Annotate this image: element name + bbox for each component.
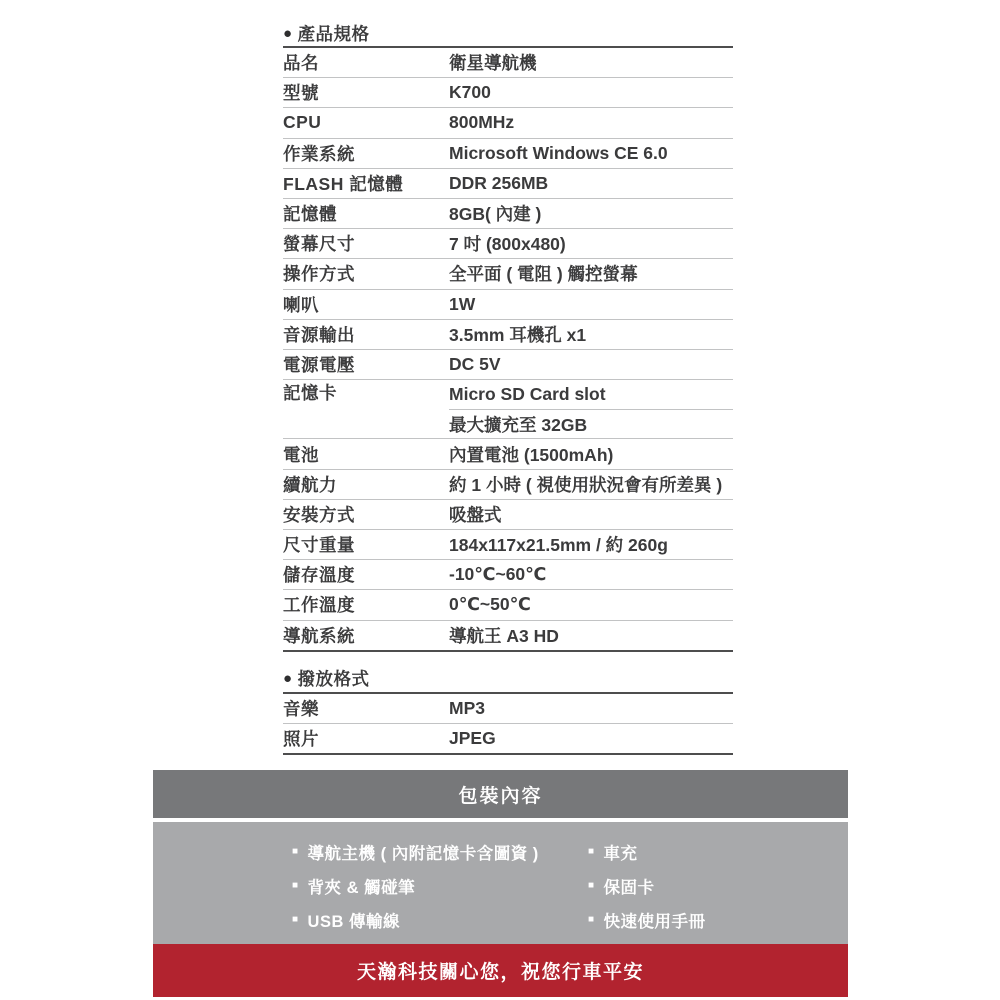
table-row: 安裝方式 吸盤式 (283, 500, 733, 530)
table-row: 音樂 MP3 (283, 694, 733, 724)
section-bullet-icon: ● (283, 671, 293, 686)
list-item-label: 保固卡 (604, 874, 655, 898)
playback-table: 音樂 MP3 照片 JPEG (283, 694, 733, 755)
row-value: 內置電池 (1500mAh) (449, 442, 733, 467)
footer-slogan: 天瀚科技關心您，祝您行車平安 (357, 957, 644, 984)
product-spec-page: ● 產品規格 品名 衛星導航機 型號 K700 CPU 800MHz 作業系統 … (0, 0, 1000, 1000)
spec-section-title: 產品規格 (298, 21, 370, 46)
row-value: Microsoft Windows CE 6.0 (449, 143, 733, 164)
square-bullet-icon: ■ (292, 915, 299, 925)
square-bullet-icon: ■ (292, 881, 299, 891)
row-value: 8GB( 內建 ) (449, 201, 733, 226)
row-label: 導航系統 (283, 623, 449, 648)
table-row: 儲存溫度 -10℃~60℃ (283, 560, 733, 590)
list-item-label: 車充 (604, 840, 638, 864)
row-label: 儲存溫度 (283, 562, 449, 587)
spec-tables: ● 產品規格 品名 衛星導航機 型號 K700 CPU 800MHz 作業系統 … (283, 20, 733, 755)
square-bullet-icon: ■ (588, 881, 595, 891)
table-row: 品名 衛星導航機 (283, 48, 733, 78)
square-bullet-icon: ■ (292, 847, 299, 857)
square-bullet-icon: ■ (588, 847, 595, 857)
row-value: 7 吋 (800x480) (449, 231, 733, 256)
row-value-line1: Micro SD Card slot (449, 380, 733, 410)
row-value: 全平面 ( 電阻 ) 觸控螢幕 (449, 261, 733, 286)
row-label: 喇叭 (283, 292, 449, 317)
row-value: 衛星導航機 (449, 50, 733, 75)
table-row: 型號 K700 (283, 78, 733, 108)
row-label: 電源電壓 (283, 352, 449, 377)
row-value: 吸盤式 (449, 502, 733, 527)
table-row-memory-card: 記憶卡 Micro SD Card slot 最大擴充至 32GB (283, 380, 733, 439)
playback-section-title: 撥放格式 (298, 666, 370, 691)
row-value: MP3 (449, 698, 733, 719)
row-label: 續航力 (283, 472, 449, 497)
table-row: 喇叭 1W (283, 290, 733, 320)
row-value: 1W (449, 294, 733, 315)
table-row: 續航力 約 1 小時 ( 視使用狀況會有所差異 ) (283, 470, 733, 500)
list-item-label: 背夾 & 觸碰筆 (308, 874, 416, 898)
list-item: ■ 背夾 & 觸碰筆 (292, 869, 539, 903)
row-label: 尺寸重量 (283, 532, 449, 557)
list-item-label: USB 傳輸線 (308, 908, 400, 932)
row-value: K700 (449, 82, 733, 103)
footer-banner: 天瀚科技關心您，祝您行車平安 (153, 944, 848, 997)
row-value: JPEG (449, 728, 733, 749)
list-item-label: 快速使用手冊 (604, 908, 706, 932)
row-label: 音樂 (283, 696, 449, 721)
list-item-label: 導航主機 ( 內附記憶卡含圖資 ) (308, 840, 539, 864)
row-label: 音源輸出 (283, 322, 449, 347)
list-item: ■ 車充 (588, 835, 706, 869)
package-contents-box: 包裝內容 ■ 導航主機 ( 內附記憶卡含圖資 ) ■ 背夾 & 觸碰筆 ■ US… (153, 770, 848, 997)
package-content: ■ 導航主機 ( 內附記憶卡含圖資 ) ■ 背夾 & 觸碰筆 ■ USB 傳輸線… (153, 822, 848, 944)
row-value: 800MHz (449, 112, 733, 133)
playback-section-heading: ● 撥放格式 (283, 666, 733, 694)
package-header: 包裝內容 (153, 770, 848, 818)
table-row: FLASH 記憶體 DDR 256MB (283, 169, 733, 199)
row-value: -10℃~60℃ (449, 564, 733, 585)
spec-section-heading: ● 產品規格 (283, 20, 733, 48)
row-value: 184x117x21.5mm / 約 260g (449, 532, 733, 557)
table-row: 螢幕尺寸 7 吋 (800x480) (283, 229, 733, 259)
table-row: 電池 內置電池 (1500mAh) (283, 439, 733, 469)
section-bullet-icon: ● (283, 26, 293, 41)
table-row: 記憶體 8GB( 內建 ) (283, 199, 733, 229)
list-item: ■ 快速使用手冊 (588, 903, 706, 937)
row-value: 約 1 小時 ( 視使用狀況會有所差異 ) (449, 472, 733, 497)
row-label: 記憶體 (283, 201, 449, 226)
row-label: 型號 (283, 80, 449, 105)
row-value: 0℃~50℃ (449, 594, 733, 615)
section-gap (283, 652, 733, 666)
table-row: 電源電壓 DC 5V (283, 350, 733, 380)
row-label: 作業系統 (283, 141, 449, 166)
package-items-right: ■ 車充 ■ 保固卡 ■ 快速使用手冊 (588, 835, 706, 937)
table-row: 尺寸重量 184x117x21.5mm / 約 260g (283, 530, 733, 560)
table-row: 音源輸出 3.5mm 耳機孔 x1 (283, 320, 733, 350)
row-label: 安裝方式 (283, 502, 449, 527)
row-label: FLASH 記憶體 (283, 171, 449, 196)
row-label: 記憶卡 (283, 380, 449, 438)
row-label: 照片 (283, 726, 449, 751)
row-label: 螢幕尺寸 (283, 231, 449, 256)
row-value: 導航王 A3 HD (449, 623, 733, 648)
square-bullet-icon: ■ (588, 915, 595, 925)
table-row: 導航系統 導航王 A3 HD (283, 621, 733, 650)
table-row: CPU 800MHz (283, 108, 733, 138)
table-row: 操作方式 全平面 ( 電阻 ) 觸控螢幕 (283, 259, 733, 289)
row-value: 3.5mm 耳機孔 x1 (449, 322, 733, 347)
row-value: DDR 256MB (449, 173, 733, 194)
list-item: ■ 保固卡 (588, 869, 706, 903)
list-item: ■ USB 傳輸線 (292, 903, 539, 937)
row-label: 操作方式 (283, 261, 449, 286)
row-value: DC 5V (449, 354, 733, 375)
table-row: 照片 JPEG (283, 724, 733, 753)
package-items-left: ■ 導航主機 ( 內附記憶卡含圖資 ) ■ 背夾 & 觸碰筆 ■ USB 傳輸線 (292, 835, 539, 937)
row-value-line2: 最大擴充至 32GB (449, 410, 733, 439)
row-label: 電池 (283, 442, 449, 467)
package-title: 包裝內容 (458, 781, 542, 808)
row-label: CPU (283, 112, 449, 133)
list-item: ■ 導航主機 ( 內附記憶卡含圖資 ) (292, 835, 539, 869)
table-row: 作業系統 Microsoft Windows CE 6.0 (283, 139, 733, 169)
row-label: 工作溫度 (283, 592, 449, 617)
table-row: 工作溫度 0℃~50℃ (283, 590, 733, 620)
row-label: 品名 (283, 50, 449, 75)
row-value-stack: Micro SD Card slot 最大擴充至 32GB (449, 380, 733, 438)
spec-table: 品名 衛星導航機 型號 K700 CPU 800MHz 作業系統 Microso… (283, 48, 733, 652)
